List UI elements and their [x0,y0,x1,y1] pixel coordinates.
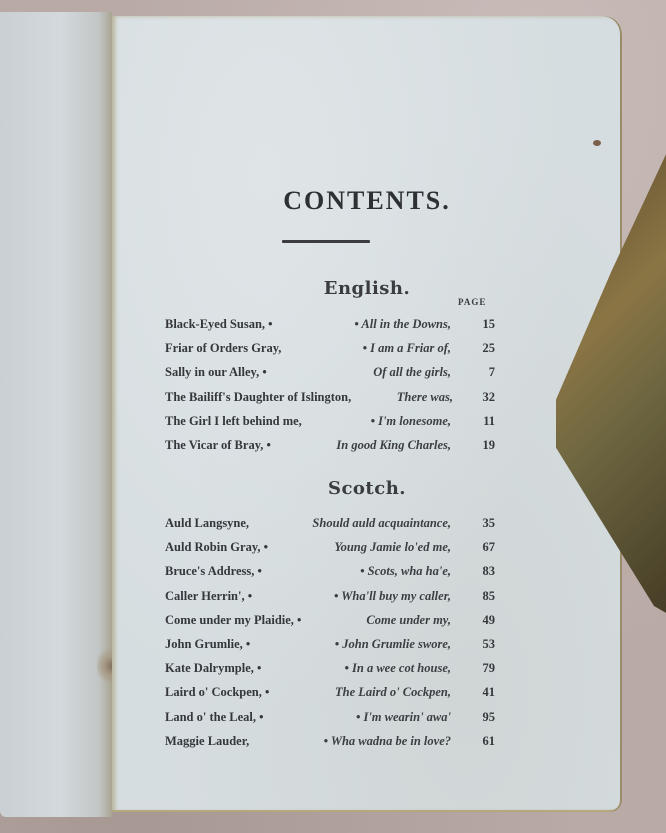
toc-entry: Come under my Plaidie, •Come under my,49 [165,608,495,632]
entry-title: Auld Langsyne, [165,511,249,535]
entry-first-line: Should auld acquaintance, [312,511,451,535]
entry-page: 32 [483,385,496,409]
entry-page: 61 [483,729,496,753]
entry-page: 79 [483,656,496,680]
entry-page: 67 [483,535,496,559]
entry-title: Laird o' Cockpen, • [165,680,269,704]
entry-first-line: The Laird o' Cockpen, [335,680,451,704]
entry-page: 25 [483,336,496,360]
toc-entry: John Grumlie, •• John Grumlie swore,53 [165,632,495,656]
page-column-label: PAGE [458,297,486,307]
toc-entry: Sally in our Alley, •Of all the girls,7 [165,360,495,384]
entry-title: The Girl I left behind me, [165,409,302,433]
entry-first-line: • Wha wadna be in love? [324,729,451,753]
entry-page: 19 [483,433,496,457]
entry-title: The Vicar of Bray, • [165,433,271,457]
entry-page: 83 [483,559,496,583]
entry-title: John Grumlie, • [165,632,250,656]
toc-entry: Black-Eyed Susan, •• All in the Downs,15 [165,312,495,336]
entry-title: Sally in our Alley, • [165,360,267,384]
entry-title: The Bailiff's Daughter of Islington, [165,385,351,409]
entry-title: Land o' the Leal, • [165,705,264,729]
left-page [0,12,112,817]
toc-entry: Friar of Orders Gray,• I am a Friar of,2… [165,336,495,360]
entry-page: 41 [483,680,496,704]
section-heading-english: English. [112,278,622,299]
entry-first-line: • All in the Downs, [354,312,451,336]
toc-entry: Maggie Lauder,• Wha wadna be in love?61 [165,729,495,753]
entry-title: Come under my Plaidie, • [165,608,301,632]
entry-first-line: • Wha'll buy my caller, [334,584,451,608]
entry-first-line: • I am a Friar of, [363,336,451,360]
toc-entry: Auld Robin Gray, •Young Jamie lo'ed me,6… [165,535,495,559]
entry-page: 15 [483,312,496,336]
toc-entry: Caller Herrin', •• Wha'll buy my caller,… [165,584,495,608]
toc-entry: The Vicar of Bray, •In good King Charles… [165,433,495,457]
toc-entry: Bruce's Address, •• Scots, wha ha'e,83 [165,559,495,583]
entry-first-line: • In a wee cot house, [345,656,451,680]
section-heading-scotch: Scotch. [112,478,622,499]
entry-first-line: Young Jamie lo'ed me, [334,535,451,559]
entry-first-line: • I'm wearin' awa' [356,705,451,729]
entry-title: Bruce's Address, • [165,559,262,583]
entry-title: Auld Robin Gray, • [165,535,268,559]
toc-entry: The Bailiff's Daughter of Islington,Ther… [165,385,495,409]
entry-first-line: • Scots, wha ha'e, [360,559,451,583]
title-rule [282,240,370,243]
entry-first-line: • I'm lonesome, [371,409,451,433]
entry-page: 53 [483,632,496,656]
contents-page: CONTENTS. English. PAGE Black-Eyed Susan… [112,16,622,812]
entry-page: 95 [483,705,496,729]
toc-entry: Laird o' Cockpen, •The Laird o' Cockpen,… [165,680,495,704]
entry-page: 7 [489,360,495,384]
entry-first-line: There was, [397,385,453,409]
entry-page: 49 [483,608,496,632]
entry-page: 85 [483,584,496,608]
entry-title: Black-Eyed Susan, • [165,312,273,336]
entry-title: Caller Herrin', • [165,584,252,608]
entry-first-line: Of all the girls, [373,360,451,384]
entry-page: 11 [483,409,495,433]
entry-title: Kate Dalrymple, • [165,656,261,680]
entry-first-line: Come under my, [366,608,451,632]
toc-entry: Kate Dalrymple, •• In a wee cot house,79 [165,656,495,680]
toc-entry: Land o' the Leal, •• I'm wearin' awa'95 [165,705,495,729]
entry-title: Maggie Lauder, [165,729,249,753]
page-title: CONTENTS. [112,186,622,216]
entry-first-line: • John Grumlie swore, [335,632,451,656]
scotch-list: Auld Langsyne,Should auld acquaintance,3… [165,511,495,753]
toc-entry: The Girl I left behind me,• I'm lonesome… [165,409,495,433]
entry-page: 35 [483,511,496,535]
entry-title: Friar of Orders Gray, [165,336,281,360]
toc-entry: Auld Langsyne,Should auld acquaintance,3… [165,511,495,535]
entry-first-line: In good King Charles, [336,433,451,457]
english-list: Black-Eyed Susan, •• All in the Downs,15… [165,312,495,457]
